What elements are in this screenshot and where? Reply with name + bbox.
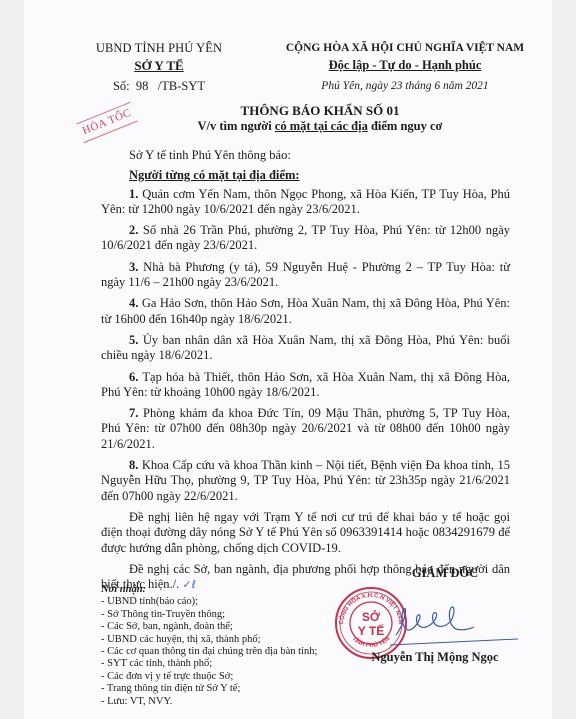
issuer-block: UBND TỈNH PHÚ YÊN SỞ Y TẾ Số: 98 /TB-SYT [84, 40, 234, 95]
issuer-department: SỞ Y TẾ [84, 57, 234, 74]
signer-name: Nguyễn Thị Mộng Ngọc [350, 650, 520, 665]
location-item: 7. Phòng khám đa khoa Đức Tín, 09 Mậu Th… [101, 406, 510, 452]
recipient-item: - UBND các huyện, thị xã, thành phố; [101, 634, 341, 646]
recipient-item: - UBND tỉnh(báo cáo); [101, 596, 341, 608]
recipients-block: Nơi nhận: - UBND tỉnh(báo cáo);- Sở Thôn… [101, 584, 341, 708]
location-item: 2. Số nhà 26 Trần Phú, phường 2, TP Tuy … [101, 223, 510, 254]
section-heading: Người từng có mặt tại địa điểm: [101, 168, 510, 183]
location-number: 4. [129, 296, 138, 310]
recipients-label: Nơi nhận: [101, 584, 341, 596]
location-number: 8. [129, 458, 138, 472]
svg-text:Y TẾ: Y TẾ [358, 623, 384, 638]
recipient-item: - Các Sở, ban, ngành, đoàn thể; [101, 621, 341, 633]
issue-date: Phú Yên, ngày 23 tháng 6 năm 2021 [260, 78, 550, 95]
location-item: 3. Nhà bà Phương (y tá), 59 Nguyễn Huệ -… [101, 260, 510, 291]
signer-title: GIÁM ĐỐC [360, 566, 530, 581]
location-text: Khoa Cấp cứu và khoa Thần kinh – Nội tiế… [101, 458, 510, 503]
recipient-item: - SYT các tỉnh, thành phố; [101, 658, 341, 670]
document-subtitle: V/v tìm người có mặt tại các địa điểm ng… [90, 119, 550, 134]
location-list: 1. Quán cơm Yến Nam, thôn Ngọc Phong, xã… [101, 187, 510, 504]
location-item: 5. Ủy ban nhân dân xã Hòa Xuân Nam, thị … [101, 333, 510, 364]
location-item: 8. Khoa Cấp cứu và khoa Thần kinh – Nội … [101, 458, 510, 504]
issuer-organization: UBND TỈNH PHÚ YÊN [84, 40, 234, 57]
location-number: 3. [129, 260, 138, 274]
signature-icon [390, 595, 520, 655]
national-motto: Độc lập - Tự do - Hạnh phúc [260, 57, 550, 74]
recipient-item: - Trang thông tin điện tử Sở Y tế; [101, 683, 341, 695]
nation-name: CỘNG HÒA XÃ HỘI CHỦ NGHĨA VIỆT NAM [260, 40, 550, 57]
recipients-list: - UBND tỉnh(báo cáo);- Sở Thông tin-Truy… [101, 596, 341, 708]
document-body: Sở Y tế tỉnh Phú Yên thông báo: Người từ… [101, 148, 510, 598]
document-title: THÔNG BÁO KHẨN SỐ 01 [90, 103, 550, 119]
intro-text: Sở Y tế tỉnh Phú Yên thông báo: [101, 148, 510, 163]
svg-text:SỞ: SỞ [362, 609, 381, 624]
location-number: 7. [129, 406, 138, 420]
location-number: 6. [129, 370, 138, 384]
location-number: 2. [129, 223, 138, 237]
recipient-item: - Sở Thông tin-Truyền thông; [101, 609, 341, 621]
location-number: 5. [129, 333, 138, 347]
location-text: Ủy ban nhân dân xã Hòa Xuân Nam, thị xã … [101, 333, 510, 362]
location-item: 1. Quán cơm Yến Nam, thôn Ngọc Phong, xã… [101, 187, 510, 218]
location-text: Ga Hảo Sơn, thôn Hảo Sơn, Hòa Xuân Nam, … [101, 296, 510, 325]
national-header: CỘNG HÒA XÃ HỘI CHỦ NGHĨA VIỆT NAM Độc l… [260, 40, 550, 95]
location-text: Quán cơm Yến Nam, thôn Ngọc Phong, xã Hò… [101, 187, 510, 216]
contact-paragraph: Đề nghị liên hệ ngay với Trạm Y tế nơi c… [101, 510, 510, 556]
recipient-item: - Lưu: VT, NVY. [101, 696, 341, 708]
recipient-item: - Các cơ quan thông tin đại chúng trên đ… [101, 646, 341, 658]
location-item: 6. Tạp hóa bà Thiết, thôn Hảo Sơn, xã Hò… [101, 370, 510, 401]
recipient-item: - Các đơn vị y tế trực thuộc Sở; [101, 671, 341, 683]
location-text: Tạp hóa bà Thiết, thôn Hảo Sơn, xã Hòa X… [101, 370, 510, 399]
location-text: Phòng khám đa khoa Đức Tín, 09 Mậu Thân,… [101, 406, 510, 451]
location-item: 4. Ga Hảo Sơn, thôn Hảo Sơn, Hòa Xuân Na… [101, 296, 510, 327]
location-number: 1. [129, 187, 138, 201]
location-text: Nhà bà Phương (y tá), 59 Nguyễn Huệ - Ph… [101, 260, 510, 289]
document-number: Số: 98 /TB-SYT [84, 78, 234, 95]
location-text: Số nhà 26 Trần Phú, phường 2, TP Tuy Hòa… [101, 223, 510, 252]
